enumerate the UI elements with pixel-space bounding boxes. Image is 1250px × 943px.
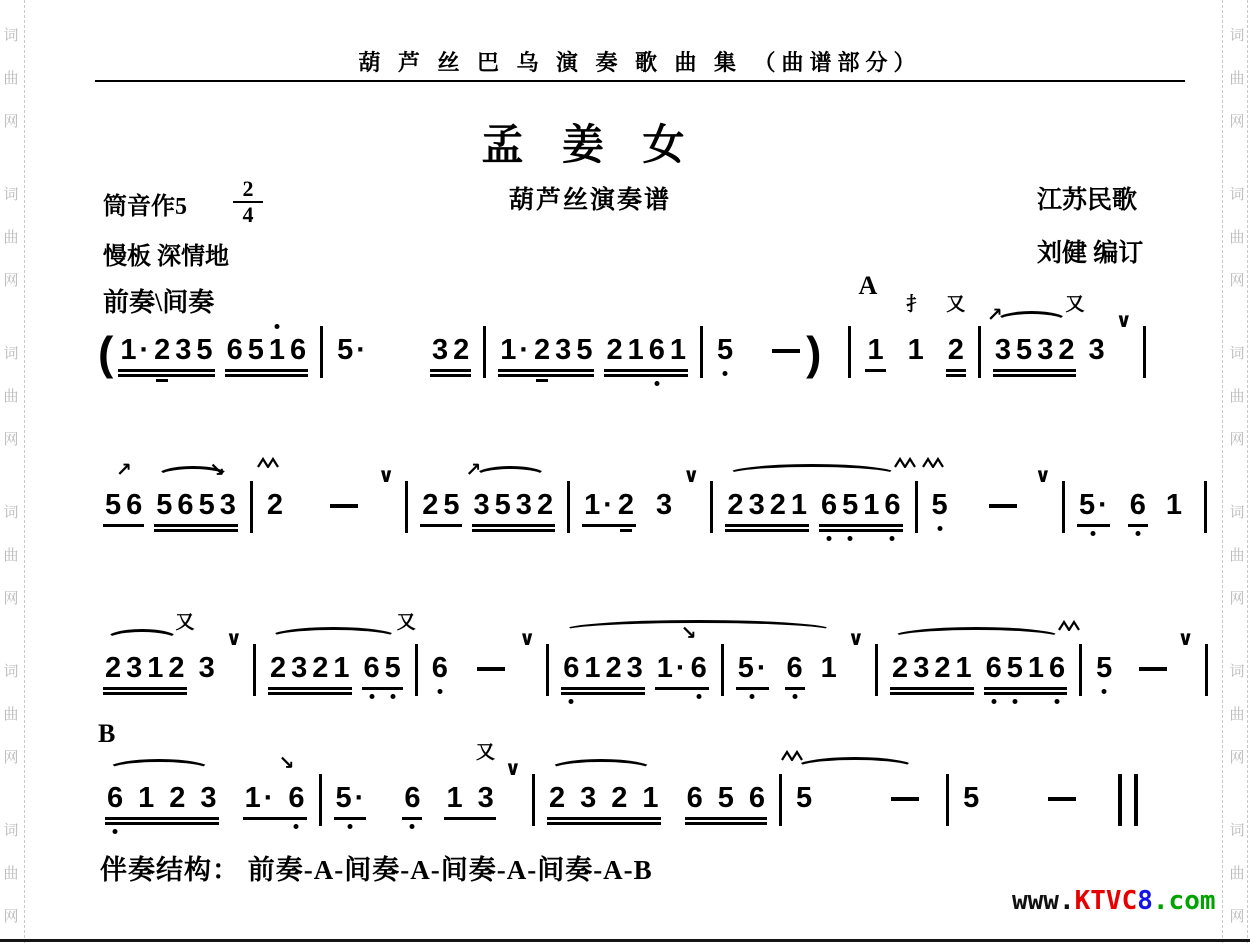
augmentation-dot: · [355,781,365,815]
note-digit: 1 [500,333,516,367]
note-digit: 2 [453,333,469,367]
note-group: 5 [1094,651,1114,685]
slur-arc [107,759,211,780]
beam-line [685,817,767,820]
note: 2 [168,651,184,685]
note: 1 [867,333,883,367]
note-group: 2321 [725,488,809,522]
slur-arc [726,464,897,485]
site-watermark-part: KTVC [1075,886,1138,916]
note-group: 5 [961,781,981,815]
bottom-rule [0,939,1250,942]
note: 6 [787,651,803,685]
watermark-char: 词 [1229,346,1244,361]
watermark-char: 网 [3,432,18,447]
note: 6 [884,488,900,522]
note: 6 [177,488,193,522]
beam-line [472,524,556,527]
note: 5 [842,488,858,522]
watermark-char: 网 [1229,591,1244,606]
note: 1· [120,333,149,367]
note-group: 5· [1077,488,1110,522]
note-digit: 3 [555,333,571,367]
note-digit: 3 [126,651,142,685]
music-line-1: (1·23565165·321·23521615)A11扌2又3532又↗3∨ [98,327,1153,367]
note: 1 [863,488,879,522]
note-digit: 6 [884,488,900,522]
slur-span: 23216516 [720,488,907,522]
note-digit: 1 [138,781,154,815]
watermark-char: 曲 [1229,866,1244,881]
note: 1· [657,651,686,685]
note-digit: 6 [227,333,243,367]
beam-line [420,524,461,527]
slur-span: 5 [789,781,925,815]
note-digit: 2 [606,333,622,367]
breath-mark: ∨ [848,629,864,649]
book-title: 葫 芦 丝 巴 乌 演 奏 歌 曲 集 （曲谱部分） [95,46,1185,77]
note: 2 [948,333,964,367]
note-digit: 1 [269,333,285,367]
note-digit: 3 [627,651,643,685]
spacer [891,366,901,367]
note-digit: 2 [267,488,283,522]
note-group: 1扌 [906,333,926,367]
extra-beam-line [536,379,548,382]
breath-mark: ∨ [683,466,699,486]
beam-line [498,374,594,377]
key-note-label: 筒音作5 [103,186,187,221]
watermark-char: 词 [3,664,18,679]
slur-arc [474,466,548,487]
note: 3 [656,488,672,522]
beam-line [154,524,238,527]
time-signature-denominator: 4 [233,204,263,226]
watermark-char: 词 [1229,823,1244,838]
low-octave-dot [654,381,659,386]
note: 6 [290,333,306,367]
note-digit: 2 [1058,333,1074,367]
low-octave-dot [113,829,118,834]
barline [1079,644,1082,696]
note-digit: 5 [1007,651,1023,685]
note: 3 [1088,333,1104,367]
beam-line [334,817,367,820]
low-octave-dot [792,694,797,699]
note-digit: 1 [908,333,924,367]
beam-line [402,817,422,820]
beam-line [444,817,495,820]
spacer [290,521,324,522]
beam-line [103,524,144,527]
note-group: 5 [715,333,735,367]
note-group: 3532又↗ [993,333,1077,367]
beam-line [154,529,238,532]
barline [546,644,549,696]
watermark-char: 曲 [1229,230,1244,245]
note-digit: 5 [385,651,401,685]
right-dashed-rule [1222,0,1223,943]
beam-line [118,369,214,372]
beam-line [118,374,214,377]
note-digit: 2 [618,488,634,522]
note-group: 2又 [946,333,966,367]
note-digit: 6 [364,651,380,685]
beam-line [865,369,885,372]
note-digit: 1 [670,333,686,367]
note-digit: 1 [147,651,163,685]
note: 5 [248,333,264,367]
note: 2 [537,488,553,522]
ornament-dieyin: 又 [1065,295,1084,314]
note: 6 [364,651,380,685]
note: 2 [549,781,565,815]
note: 6 [821,488,837,522]
spacer [364,521,374,522]
note: 6 [563,651,579,685]
low-octave-dot [569,699,574,704]
song-title: 孟 姜 女 [95,112,1085,172]
note: 1 [1166,488,1182,522]
note-group: 2 [265,488,285,522]
trill-icon [1058,620,1084,631]
note-group: 3 [197,651,217,685]
watermark-char: 曲 [3,548,18,563]
time-signature-numerator: 2 [233,178,263,200]
note: 2 [611,781,627,815]
note: 5 [196,333,212,367]
note-digit: 2 [312,651,328,685]
note-digit: 1 [657,651,673,685]
note: 2 [453,333,469,367]
note-group: 1 [819,651,839,685]
beam-line [430,374,471,377]
note: 2 [770,488,786,522]
note: 5 [1007,651,1023,685]
barline [1143,326,1146,378]
trill-icon [922,457,948,468]
note: 1 [642,781,658,815]
note-digit: 3 [516,488,532,522]
ornament-dayin: 扌 [906,295,925,314]
time-signature: 2 4 [233,178,263,226]
note-group: 1·2 [582,488,636,522]
right-edge-dashed-rule [1247,0,1248,943]
note-digit: 3 [291,651,307,685]
note: 1· [584,488,613,522]
beam-line [472,529,556,532]
note-digit: 5 [963,781,979,815]
note: 5 [717,333,733,367]
note-digit: 1 [584,651,600,685]
note-digit: 1 [1166,488,1182,522]
spacer [819,814,885,815]
low-octave-dot [1102,689,1107,694]
beam-line [685,822,767,825]
slur-arc [269,627,398,648]
spacer [821,366,841,367]
note-digit: 2 [169,781,185,815]
beam-line [785,687,805,690]
note: 6 [107,781,123,815]
tempo-marking: 慢板 深情地 [103,236,229,271]
breath-mark: ∨ [519,629,535,649]
note-digit: 6 [126,488,142,522]
note: 5 [105,488,121,522]
spacer [925,814,939,815]
duration-dash [772,349,800,353]
note-group: 5653↘ [154,488,238,522]
note-digit: 3 [913,651,929,685]
watermark-char: 词 [1229,28,1244,43]
beam-line [243,817,307,820]
beam-line [725,524,809,527]
note-digit: 2 [605,651,621,685]
watermark-char: 词 [1229,505,1244,520]
note: 3 [995,333,1011,367]
spacer [1119,684,1133,685]
note-group: 32 [430,333,471,367]
note-digit: 1 [955,651,971,685]
note-group: 1·235 [498,333,594,367]
note: 5· [337,333,366,367]
note-digit: 2 [727,488,743,522]
spacer [511,684,515,685]
note: 6 [687,781,703,815]
note: 6 [288,781,304,815]
note-digit: 5 [1079,488,1095,522]
watermark-char: 网 [1229,909,1244,924]
watermark-char: 词 [1229,187,1244,202]
music-line-2: 56↗5653↘2∨253532↗1·23∨232165165∨5·61 [98,482,1214,522]
note: 2 [105,651,121,685]
note: 6 [227,333,243,367]
note-digit: 1 [333,651,349,685]
barline [700,326,703,378]
beam-line [1128,524,1148,527]
note: 2 [618,488,634,522]
slur-arc [795,757,915,778]
note: 6 [1130,488,1146,522]
low-octave-dot [410,824,415,829]
note-digit: 5 [718,781,734,815]
barline [250,481,253,533]
watermark-char: 曲 [3,707,18,722]
slide-down-arrow-icon: ↘ [209,461,225,480]
note: 1 [269,333,285,367]
note: 3 [200,781,216,815]
note: 3 [478,781,494,815]
watermark-char: 词 [3,28,18,43]
slur-arc [549,759,653,780]
note-group: 6123 [561,651,645,685]
note: 3 [432,333,448,367]
slide-up-arrow-icon: ↗ [466,461,482,480]
watermark-char: 网 [3,750,18,765]
barline [415,644,418,696]
note: 5 [443,488,459,522]
note: 5 [718,781,734,815]
spacer [986,814,1042,815]
note-digit: 6 [404,781,420,815]
note-digit: 5 [156,488,172,522]
note-digit: 2 [270,651,286,685]
note-digit: 1 [120,333,136,367]
note: 5 [1096,651,1112,685]
sheet-music-page: { "header": { "book_title": "葫 芦 丝 巴 乌 演… [0,0,1250,943]
watermark-char: 曲 [3,866,18,881]
note: 5 [796,781,812,815]
spacer [1189,521,1197,522]
note-group: 2312又 [103,651,187,685]
note-digit: 2 [168,651,184,685]
side-watermark-left: 词曲网词曲网词曲网词曲网词曲网词曲网 [2,0,20,943]
note-group: 2321 [268,651,352,685]
note: 2 [605,651,621,685]
barline [1204,481,1207,533]
accompaniment-structure: 伴奏结构： 前奏-A-间奏-A-间奏-A-间奏-A-B [100,848,653,887]
low-octave-dot [1055,699,1060,704]
barline [567,481,570,533]
note-digit: 6 [1130,488,1146,522]
barline [483,326,486,378]
note: 3 [580,781,596,815]
barline [532,774,535,826]
note-digit: 1 [446,781,462,815]
breath-mark: ∨ [1116,311,1132,331]
music-line-4: B61231·6↘5·613又∨232165655 [98,775,1142,815]
note-digit: 6 [107,781,123,815]
note-digit: 3 [1037,333,1053,367]
augmentation-dot: · [264,781,274,815]
spacer [455,684,471,685]
ornament-dieyin: 又 [397,613,416,632]
barline [779,774,782,826]
note-digit: 6 [986,651,1002,685]
slur-span: 61231·6↘5·61 [556,644,844,685]
note-digit: 3 [220,488,236,522]
note: 2 [267,488,283,522]
slide-up-arrow-icon: ↗ [116,461,132,480]
note: 2 [169,781,185,815]
note: 1 [584,651,600,685]
final-barline [1118,774,1138,826]
note-digit: 3 [749,488,765,522]
barline [721,644,724,696]
watermark-char: 词 [3,505,18,520]
low-octave-dot [848,536,853,541]
note-digit: 1 [791,488,807,522]
beam-line [819,529,903,532]
watermark-char: 网 [1229,273,1244,288]
header-rule [95,80,1185,82]
slur-arc [105,629,179,650]
note-digit: 3 [1088,333,1104,367]
note-digit: 5 [336,781,352,815]
beam-line [993,369,1077,372]
note-group: 6 [402,781,422,815]
note-group: 56↗ [103,488,144,522]
note: 3 [291,651,307,685]
note: 1· [245,781,274,815]
note-digit: 2 [549,781,565,815]
breath-mark: ∨ [226,629,242,649]
note-digit: 3 [199,651,215,685]
note-digit: 2 [948,333,964,367]
note: 2 [270,651,286,685]
spacer [1153,521,1159,522]
watermark-char: 网 [1229,432,1244,447]
note-digit: 3 [656,488,672,522]
note-digit: 2 [534,333,550,367]
note: 2 [154,333,170,367]
spacer [955,521,983,522]
note-digit: 1 [245,781,261,815]
open-paren: ( [98,334,113,372]
note-group: 1·6↘ [655,651,709,685]
note-digit: 2 [422,488,438,522]
note: 5· [738,651,767,685]
slur-span: 23216516 [885,651,1072,685]
note-group: 3532↗ [472,488,556,522]
note-digit: 2 [892,651,908,685]
watermark-char: 曲 [1229,548,1244,563]
note-group: 6516 [984,651,1068,685]
note-digit: 1 [642,781,658,815]
note: 6 [1049,651,1065,685]
note: 5 [1016,333,1032,367]
note-digit: 1 [821,651,837,685]
beam-line [105,822,219,825]
duration-dash [891,797,919,801]
site-watermark: www.KTVC8.com [1012,886,1216,916]
note: 1 [908,333,924,367]
note-digit: 3 [995,333,1011,367]
note-digit: 5 [248,333,264,367]
beam-line [225,369,309,372]
note-digit: 5 [199,488,215,522]
note: 5 [156,488,172,522]
duration-dash [1139,667,1167,671]
note-digit: 5 [738,651,754,685]
barline [253,644,256,696]
augmentation-dot: · [1098,488,1108,522]
note: 2 [606,333,622,367]
note-digit: 6 [1049,651,1065,685]
note: 6 [126,488,142,522]
note-digit: 6 [821,488,837,522]
ornament-dieyin: 又 [946,295,965,314]
note-group: 656 [685,781,767,815]
note: 2 [727,488,743,522]
note: 3 [749,488,765,522]
spacer [427,814,439,815]
beam-line [890,687,974,690]
slur-span: 232165又 [263,651,408,685]
note: 1 [147,651,163,685]
note-digit: 5 [443,488,459,522]
site-watermark-part: 8 [1137,886,1153,916]
note-digit: 5 [1096,651,1112,685]
beam-line [225,374,309,377]
beam-line [582,524,636,527]
intro-label: 前奏\间奏 [103,282,214,319]
note: 3 [516,488,532,522]
breath-mark: ∨ [1035,466,1051,486]
ornament-dieyin: 又 [176,613,195,632]
watermark-char: 网 [3,591,18,606]
note: 3 [627,651,643,685]
